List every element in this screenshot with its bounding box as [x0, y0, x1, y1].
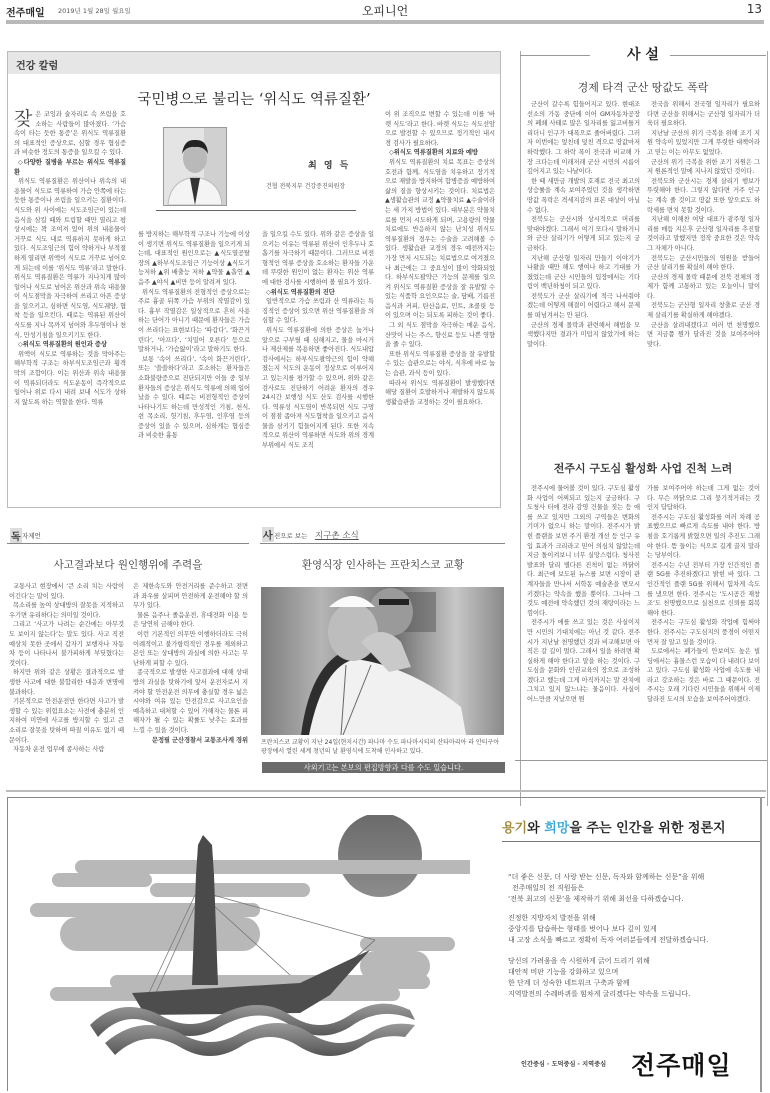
photo-news-title: 환영식장 인사하는 프란치스코 교황: [258, 557, 508, 572]
health-column-text-4: 이 위 조직으로 변할 수 있는데 이를 ‘바렛 식도’라고 한다. 바렛 식도…: [385, 110, 495, 407]
author-role: 건협 전북지부 건강증진의원장: [266, 181, 345, 190]
ad-headline-part: 와: [527, 821, 544, 836]
drop-cap: 잦: [14, 110, 32, 129]
photo-news-label: 진으로 보는: [274, 531, 307, 540]
page-number: 13: [747, 2, 762, 16]
header-rule: [6, 20, 764, 24]
reader-column-byline: 문정필 군산경찰서 교통조사계 경위: [133, 736, 248, 746]
author-name: 최 영 득: [308, 158, 350, 171]
ad-headline-rule: [502, 841, 760, 842]
reader-column-text-2: 은 제한속도와 안전거리를 준수하고 전면과 좌우를 살피며 안전하게 운전해야…: [133, 582, 248, 745]
ad-paragraph-1: “더 좋은 신문, 더 사랑 받는 신문, 독자와 함께하는 신문”을 위해 전…: [508, 872, 763, 905]
health-column-header-bar: [8, 52, 500, 74]
editorial-2-text-1: 전주시에 물어볼 것이 있다. 구도심 활성화 사업이 어찌되고 있는지 궁금하…: [527, 484, 640, 705]
op-ed-disclaimer: 사외기고는 본보의 편집방향과 다를 수도 있습니다.: [262, 762, 505, 773]
photo-news-label-highlight: 지구촌 소식: [315, 529, 359, 541]
reader-column-title: 사고결과보다 원인행위에 주력을: [7, 557, 249, 572]
reader-column-label: 자제언: [22, 531, 41, 540]
reader-column-text-1: 교통사고 현장에서 ‘큰 소리 치는 사람이 이긴다’는 말이 있다. 목소리를…: [9, 582, 124, 755]
ad-headline-part: 용기: [502, 821, 527, 836]
ad-headline-part: 을 주는 인간을 위한 정론지: [569, 821, 725, 836]
pope-photo: [261, 587, 504, 735]
editorial-1-text-1: 군산이 갈수록 힘들어지고 있다. 현대조선소의 가동 중단에 이어 GM자동차…: [527, 100, 640, 349]
pope-waving-icon: [261, 587, 504, 735]
reader-column-header: [7, 525, 249, 544]
pen-nib-ship-illustration-icon: [30, 815, 470, 1065]
ad-illustration: [30, 815, 470, 1065]
author-portrait-icon: [164, 128, 226, 205]
ad-headline-part: 희망: [544, 821, 569, 836]
editorial-1-text-2: 전국을 위해서 전국형 일자리가 필요하다면 군산을 위해서는 군산형 일자리가…: [647, 100, 760, 349]
ad-paragraph-2: 진정한 지방자치 발전을 위해 중앙지를 답습하는 형태를 벗어나 보다 깊이 …: [508, 913, 763, 946]
photo-caption: 프란치스코 교황이 지난 24일(현지시간) 파나마 수도 파나마시티의 산타마…: [261, 739, 506, 756]
ad-slogan: 인간중심 · 도덕중심 · 지역중심: [521, 1059, 606, 1068]
ad-brand-logo: 전주매일: [631, 1046, 732, 1082]
photo-news-label-initial: 사: [262, 527, 274, 542]
editorial-label: 사 설: [520, 44, 766, 64]
health-column-text-1: 잦은 코잉과 술자리로 속 쓰림을 호소하는 사람들이 많아졌다. ‘가슴 속이…: [14, 110, 126, 407]
author-divider: [156, 210, 356, 211]
editorial-2-title: 전주시 구도심 활성화 사업 진척 느려: [520, 460, 766, 476]
health-column-title: 국민병으로 불리는 ‘위식도 역류질환’: [8, 88, 500, 109]
ad-top-rule: [6, 790, 766, 792]
editorial-1-title: 경제 타격 군산 땅값도 폭락: [520, 79, 766, 95]
health-column-text-3: 을 일으킬 수도 있다. 위와 같은 증상을 일으키는 이유는 역류된 위산이 …: [262, 230, 374, 451]
ad-headline: 용기와 희망을 주는 인간을 위한 정론지: [502, 817, 726, 836]
health-column-article: 건강 칼럼 국민병으로 불리는 ‘위식도 역류질환’ 최 영 득 건협 전북지부…: [7, 51, 501, 508]
ad-paragraph-3: 당신의 가려움을 속 시원하게 긁어 드리기 위해 대안적 비판 기능을 강화하…: [508, 956, 763, 1000]
editorial-2-text-2: 가를 보여주어야 하는데 그게 없는 것이다. 무슨 까닭으로 그리 뭉기적거리…: [647, 484, 760, 705]
reader-column-label-initial: 독: [10, 528, 22, 543]
health-column-text-2: 를 방지하는 해부학적 구조나 기능에 이상이 생기면 위식도 역류질환을 일으…: [138, 230, 250, 441]
author-photo: [163, 127, 227, 206]
health-column-label: 건강 칼럼: [16, 57, 58, 72]
editorial-bottom-rule: [515, 760, 767, 761]
section-title: 오피니언: [0, 2, 770, 19]
